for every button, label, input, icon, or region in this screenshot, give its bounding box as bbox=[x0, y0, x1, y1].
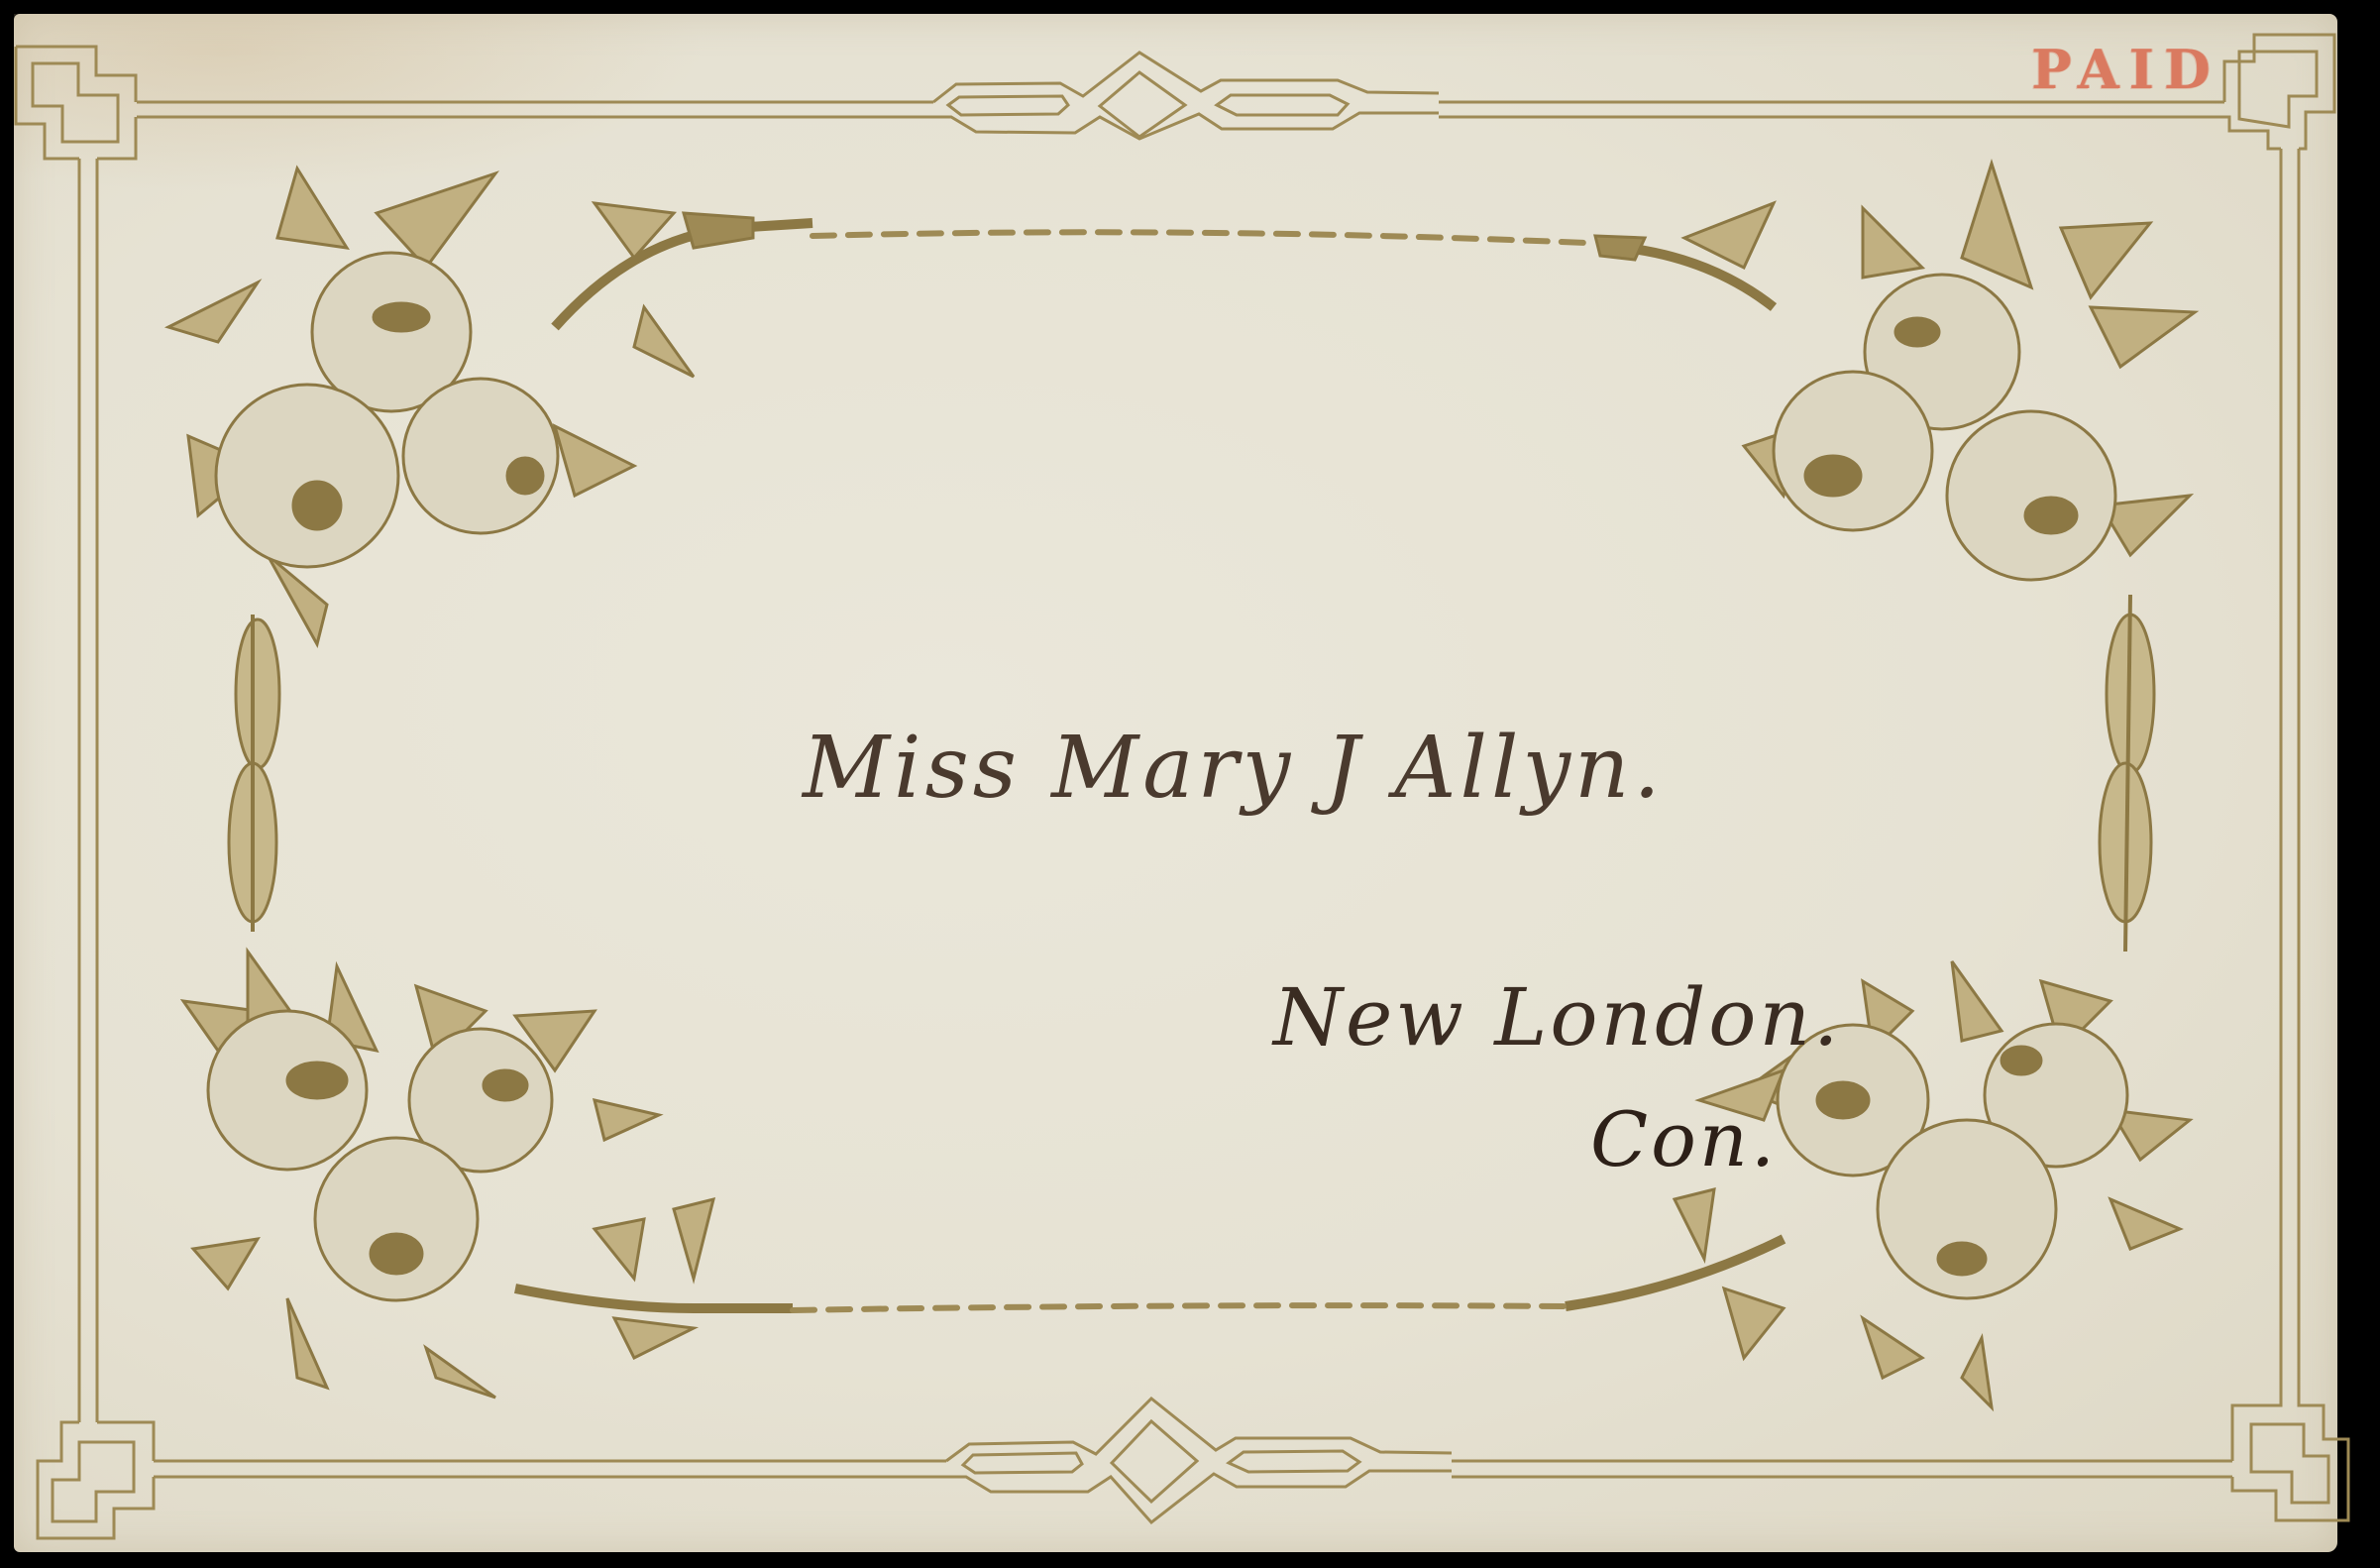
rose-cluster-bottom-left bbox=[183, 952, 793, 1398]
address-state: Con. bbox=[1590, 1095, 1778, 1183]
corner-ornament-top-left bbox=[16, 47, 136, 159]
center-ornament-top bbox=[933, 53, 1439, 139]
address-recipient: Miss Mary J Allyn. bbox=[803, 719, 1665, 818]
address-city: New London. bbox=[1273, 971, 1841, 1064]
vine-bottom bbox=[793, 1305, 1566, 1310]
paid-handstamp: PAID bbox=[2031, 38, 2220, 101]
corner-ornament-bottom-left bbox=[38, 1422, 154, 1538]
corner-ornament-top-right bbox=[2224, 35, 2334, 149]
rose-cluster-top-right bbox=[1595, 164, 2195, 580]
corner-ornament-bottom-right bbox=[2232, 1402, 2348, 1520]
vine-right bbox=[2100, 595, 2154, 952]
vine-left bbox=[229, 615, 279, 932]
vine-top bbox=[812, 232, 1585, 243]
rose-cluster-top-left bbox=[168, 168, 812, 644]
center-ornament-bottom bbox=[946, 1399, 1452, 1522]
